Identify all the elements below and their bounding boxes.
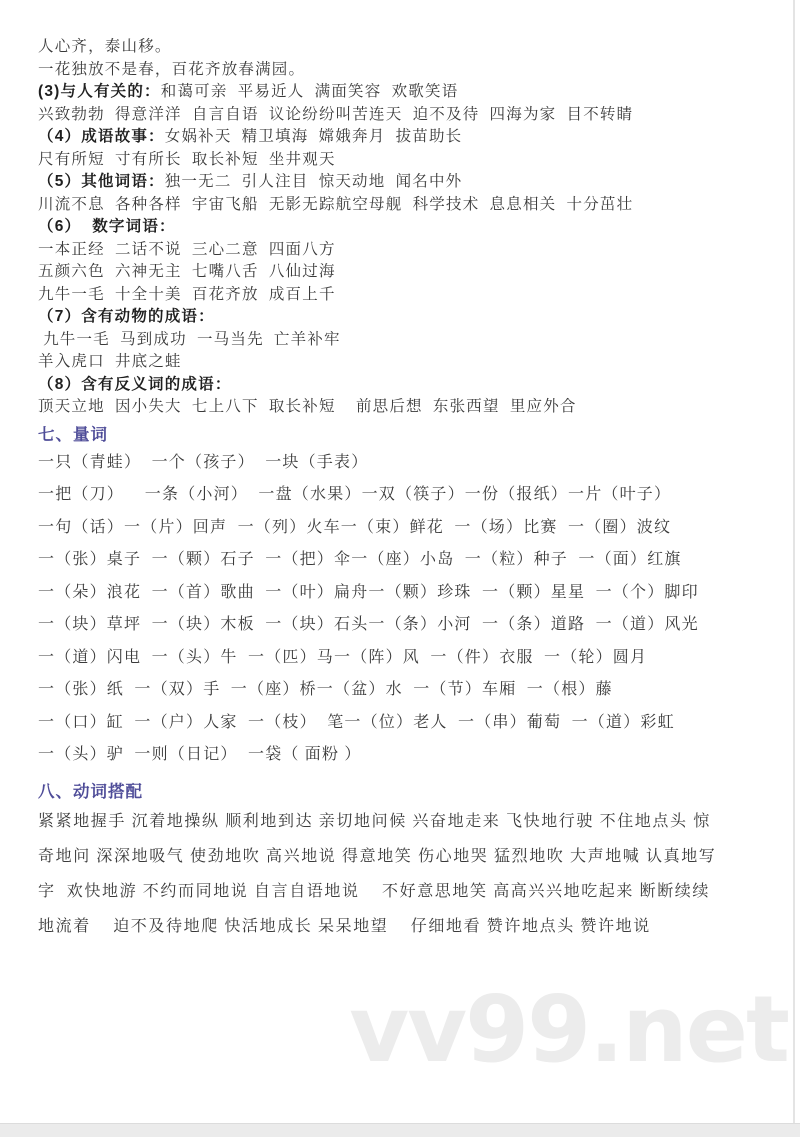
text-line: 九牛一毛 十全十美 百花齐放 成百上千 <box>38 284 760 307</box>
text-line: 奇地问 深深地吸气 使劲地吹 高兴地说 得意地笑 伤心地哭 猛烈地吹 大声地喊 … <box>38 839 760 874</box>
line-label: （6） 数字词语： <box>38 218 176 235</box>
line-text: 和蔼可亲 平易近人 满面笑容 欢歌笑语 <box>161 83 459 100</box>
text-line: 一花独放不是春，百花齐放春满园。 <box>38 59 760 82</box>
text-line: 一句（话）一（片）回声 一（列）火车一（束）鲜花 一（场）比赛 一（圈）波纹 <box>38 512 760 545</box>
text-line: （4）成语故事：女娲补天 精卫填海 嫦娥奔月 拔苗助长 <box>38 126 760 149</box>
text-line: 一（块）草坪 一（块）木板 一（块）石头一（条）小河 一（条）道路 一（道）风光 <box>38 609 760 642</box>
text-line: (3)与人有关的：和蔼可亲 平易近人 满面笑容 欢歌笑语 <box>38 81 760 104</box>
text-line: （8）含有反义词的成语： <box>38 374 760 397</box>
line-text: 羊入虎口 井底之蛙 <box>38 353 182 370</box>
text-line: 川流不息 各种各样 宇宙飞船 无影无踪航空母舰 科学技术 息息相关 十分茁壮 <box>38 194 760 217</box>
text-line: 紧紧地握手 沉着地操纵 顺利地到达 亲切地问候 兴奋地走来 飞快地行驶 不住地点… <box>38 804 760 839</box>
text-line: 一（口）缸 一（户）人家 一（枝） 笔一（位）老人 一（串）葡萄 一（道）彩虹 <box>38 707 760 740</box>
line-text: 顶天立地 因小失大 七上八下 取长补短 前思后想 东张西望 里应外合 <box>38 398 577 415</box>
line-text: 女娲补天 精卫填海 嫦娥奔月 拔苗助长 <box>165 128 463 145</box>
line-text: 一本正经 二话不说 三心二意 四面八方 <box>38 241 336 258</box>
line-text: 一花独放不是春，百花齐放春满园。 <box>38 61 305 78</box>
text-line: 一（张）桌子 一（颗）石子 一（把）伞一（座）小岛 一（粒）种子 一（面）红旗 <box>38 544 760 577</box>
line-label: （4）成语故事： <box>38 128 165 145</box>
line-text: 九牛一毛 马到成功 一马当先 亡羊补牢 <box>38 331 341 348</box>
text-line: 一（朵）浪花 一（首）歌曲 一（叶）扁舟一（颗）珍珠 一（颗）星星 一（个）脚印 <box>38 577 760 610</box>
footer-bar <box>0 1123 800 1137</box>
section-idioms: 人心齐，泰山移。 一花独放不是春，百花齐放春满园。 (3)与人有关的：和蔼可亲 … <box>38 36 760 419</box>
line-label: (3)与人有关的： <box>38 83 161 100</box>
line-text: 九牛一毛 十全十美 百花齐放 成百上千 <box>38 286 336 303</box>
line-text: 独一无二 引人注目 惊天动地 闻名中外 <box>165 173 463 190</box>
text-line: 地流着 迫不及待地爬 快活地成长 呆呆地望 仔细地看 赞许地点头 赞许地说 <box>38 909 760 944</box>
line-label: （5）其他词语： <box>38 173 165 190</box>
text-line: 尺有所短 寸有所长 取长补短 坐井观天 <box>38 149 760 172</box>
text-line: 一（道）闪电 一（头）牛 一（匹）马一（阵）风 一（件）衣服 一（轮）圆月 <box>38 642 760 675</box>
line-text: 兴致勃勃 得意洋洋 自言自语 议论纷纷叫苦连天 迫不及待 四海为家 目不转睛 <box>38 106 633 123</box>
line-text: 五颜六色 六神无主 七嘴八舌 八仙过海 <box>38 263 336 280</box>
text-line: 一（头）驴 一则（日记） 一袋（ 面粉 ） <box>38 739 760 772</box>
document-content: 人心齐，泰山移。 一花独放不是春，百花齐放春满园。 (3)与人有关的：和蔼可亲 … <box>38 36 760 944</box>
section-verbs: 八、动词搭配 紧紧地握手 沉着地操纵 顺利地到达 亲切地问候 兴奋地走来 飞快地… <box>38 780 760 944</box>
text-line: 九牛一毛 马到成功 一马当先 亡羊补牢 <box>38 329 760 352</box>
line-text: 尺有所短 寸有所长 取长补短 坐井观天 <box>38 151 336 168</box>
line-label: （8）含有反义词的成语： <box>38 376 232 393</box>
text-line: 五颜六色 六神无主 七嘴八舌 八仙过海 <box>38 261 760 284</box>
document-page: 人心齐，泰山移。 一花独放不是春，百花齐放春满园。 (3)与人有关的：和蔼可亲 … <box>0 0 800 1137</box>
text-line: 羊入虎口 井底之蛙 <box>38 351 760 374</box>
text-line: （7）含有动物的成语： <box>38 306 760 329</box>
page-edge-line <box>793 0 795 1137</box>
text-line: 一把（刀） 一条（小河） 一盘（水果）一双（筷子）一份（报纸）一片（叶子） <box>38 479 760 512</box>
text-line: 字 欢快地游 不约而同地说 自言自语地说 不好意思地笑 高高兴兴地吃起来 断断续… <box>38 874 760 909</box>
text-line: （6） 数字词语： <box>38 216 760 239</box>
section-heading-verbs: 八、动词搭配 <box>38 780 760 804</box>
section-quantifiers: 七、量词 一只（青蛙） 一个（孩子） 一块（手表） 一把（刀） 一条（小河） 一… <box>38 423 760 772</box>
text-line: 一（张）纸 一（双）手 一（座）桥一（盆）水 一（节）车厢 一（根）藤 <box>38 674 760 707</box>
text-line: 一只（青蛙） 一个（孩子） 一块（手表） <box>38 447 760 480</box>
section-heading-quantifiers: 七、量词 <box>38 423 760 447</box>
line-text: 川流不息 各种各样 宇宙飞船 无影无踪航空母舰 科学技术 息息相关 十分茁壮 <box>38 196 633 213</box>
text-line: （5）其他词语：独一无二 引人注目 惊天动地 闻名中外 <box>38 171 760 194</box>
line-label: （7）含有动物的成语： <box>38 308 215 325</box>
line-text: 人心齐，泰山移。 <box>38 38 172 55</box>
text-line: 顶天立地 因小失大 七上八下 取长补短 前思后想 东张西望 里应外合 <box>38 396 760 419</box>
text-line: 兴致勃勃 得意洋洋 自言自语 议论纷纷叫苦连天 迫不及待 四海为家 目不转睛 <box>38 104 760 127</box>
text-line: 人心齐，泰山移。 <box>38 36 760 59</box>
text-line: 一本正经 二话不说 三心二意 四面八方 <box>38 239 760 262</box>
watermark: vv99.net <box>349 984 788 1076</box>
